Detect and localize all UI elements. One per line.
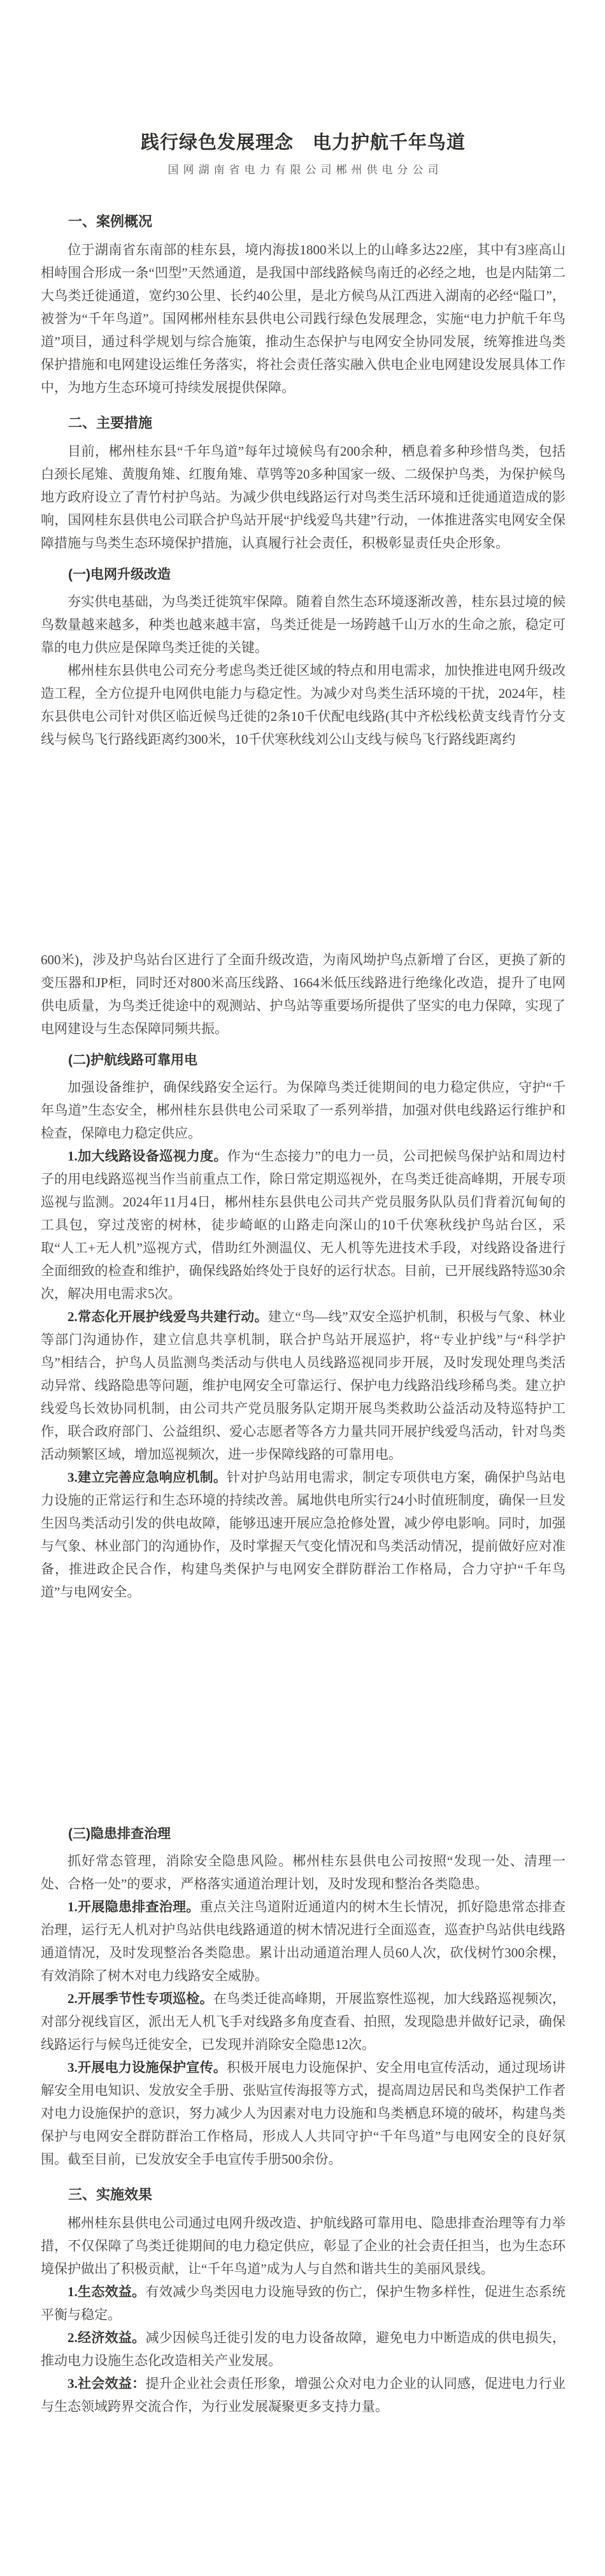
paragraph: 600米)，涉及护鸟站台区进行了全面升级改造，为南风坳护鸟点新增了台区，更换了新… bbox=[41, 948, 566, 1040]
paragraph-text: 针对护鸟站用电需求，制定专项供电方案，确保护鸟站电力设施的正常运行和生态环境的持… bbox=[41, 1470, 566, 1600]
blank-image-gap bbox=[41, 1603, 566, 1814]
paragraph-text: 建立“鸟—线”双安全巡护机制，积极与气象、林业等部门沟通协作，建立信息共享机制，… bbox=[41, 1309, 566, 1462]
paragraph: 3.开展电力设施保护宣传。积极开展电力设施保护、安全用电宣传活动，通过现场讲解安… bbox=[41, 2056, 566, 2171]
subsection-heading-hazard-control: (三)隐患排查治理 bbox=[41, 1824, 566, 1844]
paragraph-lead: 2.开展季节性专项巡检。 bbox=[68, 1991, 213, 2006]
paragraph: 位于湖南省东南部的桂东县，境内海拔1800米以上的山峰多达22座，其中有3座高山… bbox=[41, 238, 566, 399]
paragraph: 2.经济效益。减少因候鸟迁徙引发的电力设备故障，避免电力中断造成的供电损失，推动… bbox=[41, 2326, 566, 2372]
paragraph-lead: 3.社会效益： bbox=[68, 2376, 145, 2391]
doc-title: 践行绿色发展理念 电力护航千年鸟道 bbox=[41, 131, 566, 155]
paragraph: 目前，郴州桂东县“千年鸟道”每年过境候鸟有200余种，栖息着多种珍惜鸟类，包括白… bbox=[41, 440, 566, 554]
paragraph: 抓好常态管理，消除安全隐患风险。郴州桂东县供电公司按照“发现一处、清理一处、合格… bbox=[41, 1849, 566, 1895]
paragraph-lead: 3.开展电力设施保护宣传。 bbox=[68, 2060, 227, 2075]
paragraph: 3.社会效益：提升企业社会责任形象，增强公众对电力企业的认同感，促进电力行业与生… bbox=[41, 2372, 566, 2418]
doc-subtitle: 国网湖南省电力有限公司郴州供电分公司 bbox=[41, 162, 566, 178]
paragraph: 郴州桂东县供电公司充分考虑鸟类迁徙区域的特点和用电需求，加快推进电网升级改造工程… bbox=[41, 659, 566, 751]
paragraph: 郴州桂东县供电公司通过电网升级改造、护航线路可靠用电、隐患排查治理等有力举措，不… bbox=[41, 2211, 566, 2280]
paragraph: 1.开展隐患排查治理。重点关注鸟道附近通道内的树木生长情况，抓好隐患常态排查治理… bbox=[41, 1895, 566, 1987]
blank-image-gap bbox=[41, 751, 566, 948]
paragraph: 2.开展季节性专项巡检。在鸟类迁徙高峰期，开展监察性巡视，加大线路巡视频次，对部… bbox=[41, 1987, 566, 2056]
paragraph: 1.生态效益。有效减少鸟类因电力设施导致的伤亡，保护生物多样性，促进生态系统平衡… bbox=[41, 2280, 566, 2326]
document-content: 践行绿色发展理念 电力护航千年鸟道 国网湖南省电力有限公司郴州供电分公司 一、案… bbox=[0, 0, 605, 2418]
section-heading-3: 三、实施效果 bbox=[41, 2185, 566, 2205]
paragraph-lead: 2.常态化开展护线爱鸟共建行动。 bbox=[68, 1309, 268, 1324]
section-heading-1: 一、案例概况 bbox=[41, 212, 566, 232]
paragraph-text: 作为“生态接力”的电力一员，公司把候鸟保护站和周边村子的用电线路巡视当作当前重点… bbox=[41, 1148, 566, 1301]
document-page: 践行绿色发展理念 电力护航千年鸟道 国网湖南省电力有限公司郴州供电分公司 一、案… bbox=[0, 0, 605, 2576]
paragraph: 2.常态化开展护线爱鸟共建行动。建立“鸟—线”双安全巡护机制，积极与气象、林业等… bbox=[41, 1305, 566, 1466]
section-heading-2: 二、主要措施 bbox=[41, 413, 566, 433]
paragraph-text: 积极开展电力设施保护、安全用电宣传活动，通过现场讲解安全用电知识、发放安全手册、… bbox=[41, 2060, 566, 2167]
paragraph: 加强设备维护，确保线路安全运行。为保障鸟类迁徙期间的电力稳定供应，守护“千年鸟道… bbox=[41, 1076, 566, 1145]
paragraph: 3.建立完善应急响应机制。针对护鸟站用电需求，制定专项供电方案，确保护鸟站电力设… bbox=[41, 1466, 566, 1603]
paragraph-lead: 3.建立完善应急响应机制。 bbox=[68, 1470, 227, 1485]
paragraph-lead: 1.开展隐患排查治理。 bbox=[68, 1899, 200, 1914]
subsection-heading-grid-upgrade: (一)电网升级改造 bbox=[41, 565, 566, 585]
paragraph-lead: 1.生态效益。 bbox=[68, 2284, 145, 2299]
paragraph-lead: 1.加大线路设备巡视力度。 bbox=[68, 1148, 227, 1164]
paragraph-lead: 2.经济效益。 bbox=[68, 2330, 145, 2345]
paragraph: 夯实供电基础，为鸟类迁徙筑牢保障。随着自然生态环境逐渐改善，桂东县过境的候鸟数量… bbox=[41, 590, 566, 659]
subsection-heading-reliable-power: (二)护航线路可靠用电 bbox=[41, 1050, 566, 1071]
paragraph: 1.加大线路设备巡视力度。作为“生态接力”的电力一员，公司把候鸟保护站和周边村子… bbox=[41, 1145, 566, 1305]
